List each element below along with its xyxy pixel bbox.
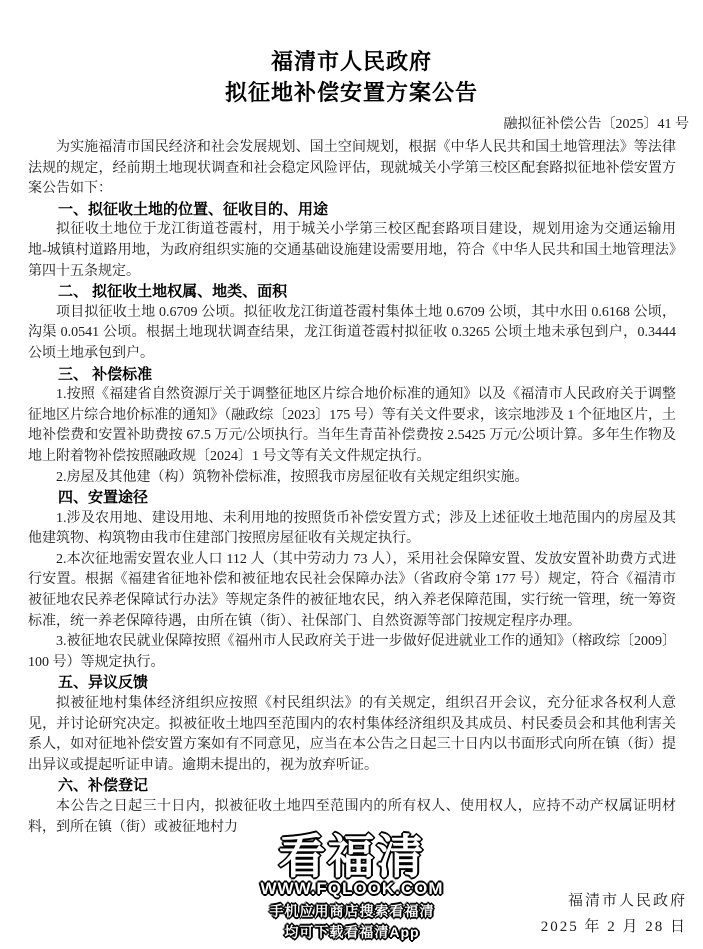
watermark-brand-text: 看福清 [132, 832, 572, 882]
section-3-paragraph-1: 1.按照《福建省自然资源厅关于调整征地区片综合地价标准的通知》以及《福清市人民政… [28, 385, 676, 467]
section-1-heading: 一、拟征收土地的位置、征收目的、用途 [28, 200, 676, 221]
section-5-heading: 五、异议反馈 [28, 673, 676, 694]
section-4-heading: 四、安置途径 [28, 488, 676, 509]
signature-block: 福清市人民政府 2025 年 2 月 28 日 [541, 888, 687, 940]
section-3-heading: 三、 补偿标准 [28, 365, 676, 386]
section-6-heading: 六、补偿登记 [28, 776, 676, 797]
document-title-line1: 福清市人民政府 [0, 0, 703, 77]
section-4-paragraph-2: 2.本次征地需安置农业人口 112 人（其中劳动力 73 人），采用社会保障安置… [28, 550, 676, 632]
watermark-app-line2: 均可下载看福清App [132, 924, 572, 940]
section-2-heading: 二、 拟征收土地权属、地类、面积 [28, 282, 676, 303]
section-4-paragraph-1: 1.涉及农用地、建设用地、未利用地的按照货币补偿安置方式；涉及上述征收土地范围内… [28, 509, 676, 550]
intro-paragraph: 为实施福清市国民经济和社会发展规划、国土空间规划，根据《中华人民共和国土地管理法… [28, 138, 676, 200]
section-1-paragraph: 拟征收土地位于龙江街道苍霞村，用于城关小学第三校区配套路项目建设，规划用途为交通… [28, 220, 676, 282]
signature-organization: 福清市人民政府 [541, 888, 687, 914]
section-5-paragraph: 拟被征地村集体经济组织应按照《村民组织法》的有关规定，组织召开会议，充分征求各权… [28, 694, 676, 776]
document-number: 融拟征补偿公告〔2025〕41 号 [0, 115, 703, 135]
document-body: 为实施福清市国民经济和社会发展规划、国土空间规划，根据《中华人民共和国土地管理法… [0, 135, 703, 838]
section-4-paragraph-3: 3.被征地农民就业保障按照《福州市人民政府关于进一步做好促进就业工作的通知》（榕… [28, 632, 676, 673]
watermark-app-line1: 手机应用商店搜索看福清 [132, 903, 572, 919]
fqlook-watermark-logo: 看福清 WWW.FQLOOK.COM 手机应用商店搜索看福清 均可下载看福清Ap… [132, 832, 572, 940]
watermark-url-text: WWW.FQLOOK.COM [132, 880, 572, 898]
section-3-paragraph-2: 2.房屋及其他建（构）筑物补偿标准，按照我市房屋征收有关规定组织实施。 [28, 468, 676, 489]
section-6-paragraph: 本公告之日起三十日内，拟被征收土地四至范围内的所有权人、使用权人，应持不动产权属… [28, 797, 676, 838]
announcement-document-page: 福清市人民政府 拟征地补偿安置方案公告 融拟征补偿公告〔2025〕41 号 为实… [0, 0, 703, 949]
section-2-paragraph: 项目拟征收土地 0.6709 公顷。拟征收龙江街道苍霞村集体土地 0.6709 … [28, 303, 676, 365]
document-title-line2: 拟征地补偿安置方案公告 [0, 77, 703, 108]
signature-date: 2025 年 2 月 28 日 [541, 914, 687, 940]
